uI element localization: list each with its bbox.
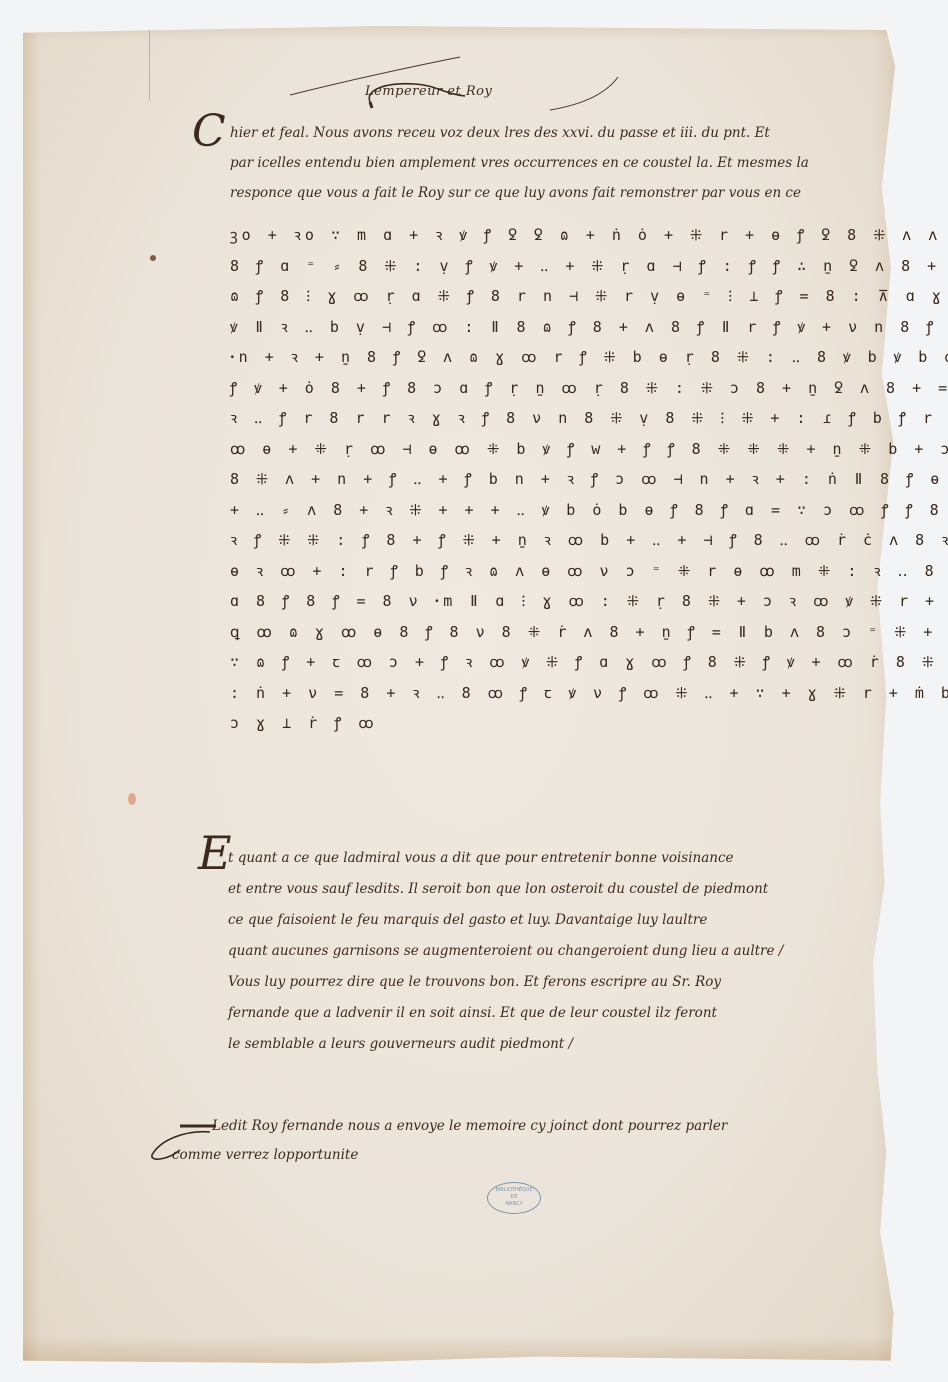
text-line: comme verrez lopportunite <box>172 1141 727 1170</box>
paragraph-2-initial: E <box>198 826 232 880</box>
cipher-line: ꝫo + ꝛo ∵ m ɑ + ꝛ ꝟ ꝭ ꝿ ꝿ ɷ + ṅ ȯ + ⁜ r … <box>230 220 948 251</box>
cipher-line: ꝛ ‥ ꝭ r 8 r r ꝛ ɣ ꝛ ꝭ 8 ν n 8 ⁜ ṿ 8 ⁜ ⁝ … <box>230 403 948 434</box>
cipher-line: ꝟ ǁ ꝛ ‥ b ṿ ⊣ ꝭ ꝏ : ǁ 8 ɷ ꝭ 8 + ʌ 8 ꝭ ǁ … <box>230 312 948 343</box>
cipher-line: ɑ 8 ꝭ 8 ꝭ = 8 ν ꞏm ǁ ɑ ⁝ ɣ ꝏ : ⁜ ṛ 8 ⁜ +… <box>230 586 948 617</box>
cipher-line: + ‥ ⸗ ʌ 8 + ꝛ ⁜ + + + ‥ ꝟ b ȯ b ɵ ꝭ 8 ꝭ … <box>230 495 948 526</box>
opening-initial: C <box>192 110 226 154</box>
text-line: quant aucunes garnisons se augmenteroien… <box>228 936 783 967</box>
cipher-block: ꝫo + ꝛo ∵ m ɑ + ꝛ ꝟ ꝭ ꝿ ꝿ ɷ + ṅ ȯ + ⁜ r … <box>230 220 948 739</box>
paper-fold-crease <box>149 26 150 101</box>
text-line: Ledit Roy fernande nous a envoye le memo… <box>212 1112 727 1141</box>
stamp-line: BIBLIOTHÈQUE <box>488 1187 540 1194</box>
text-line: ce que faisoient le feu marquis del gast… <box>228 905 783 936</box>
paragraph-3-flourish <box>150 1110 230 1170</box>
text-line: responce que vous a fait le Roy sur ce q… <box>230 178 809 208</box>
cipher-line: ɵ ꝛ ꝏ + : r ꝭ b ꝭ ꝛ ɷ ʌ ɵ ꝏ ν ɔ ⁼ ⁜ r ɵ … <box>230 556 948 587</box>
text-line: et entre vous sauf lesdits. Il seroit bo… <box>228 874 783 905</box>
stamp-line: DE <box>488 1194 540 1201</box>
text-line: t quant a ce que ladmiral vous a dit que… <box>228 843 783 874</box>
cipher-line: ∵ ɷ ꝭ + ꞇ ꝏ ɔ + ꝭ ꝛ ꝏ ꝟ ⁜ ꝭ ɑ ɣ ꝏ ꝭ 8 ⁜ … <box>230 647 948 678</box>
cipher-line: ꝗ ꝏ ɷ ɣ ꝏ ɵ 8 ꝭ 8 ν 8 ⁜ ṙ ʌ 8 + ṉ ꝭ = ǁ … <box>230 617 948 648</box>
cipher-line: 8 ꝭ ɑ ⁼ ⸗ 8 ⁜ : ṿ ꝭ ꝟ + ‥ + ⁜ ṛ ɑ ⊣ ꝭ : … <box>230 251 948 282</box>
library-stamp: BIBLIOTHÈQUE DE NANCY <box>487 1182 541 1214</box>
cipher-line: ꝭ ꝟ + ȯ 8 + ꝭ 8 ɔ ɑ ꝭ ṛ ṉ ꝏ ṛ 8 ⁜ : ⁜ ɔ … <box>230 373 948 404</box>
text-line: Vous luy pourrez dire que le trouvons bo… <box>228 967 783 998</box>
paragraph-3: Ledit Roy fernande nous a envoye le memo… <box>212 1112 727 1170</box>
text-line: par icelles entendu bien amplement vres … <box>230 148 809 178</box>
cipher-line: 8 ⁜ ʌ + n + ꝭ ‥ + ꝭ b n + ꝛ ꝭ ɔ ꝏ ⊣ n + … <box>230 464 948 495</box>
letter-heading: Lempereur et Roy <box>365 84 492 99</box>
stamp-line: NANCY <box>488 1201 540 1208</box>
cipher-line: : ṅ + ν = 8 + ꝛ ‥ 8 ꝏ ꝭ ꞇ ꝟ ν ꝭ ꝏ ⁜ ‥ + … <box>230 678 948 709</box>
cipher-line: ꝛ ꝭ ⁜ ⁜ : ꝭ 8 + ꝭ ⁜ + ṉ ꝛ ꝏ b + ‥ + ⊣ ꝭ … <box>230 525 948 556</box>
text-line: fernande que a ladvenir il en soit ainsi… <box>228 998 783 1029</box>
cipher-line: ɷ ꝭ 8 ⁝ ɣ ꝏ ṛ ɑ ⁜ ꝭ 8 r n ⊣ ⁜ r ṿ ɵ ⁼ ⁝ … <box>230 281 948 312</box>
text-line: le semblable a leurs gouverneurs audit p… <box>228 1029 783 1060</box>
cipher-line: ꞏn + ꝛ + ṉ 8 ꝭ ꝿ ʌ ɷ ɣ ꝏ r ꝭ ⁜ b ɵ ṛ 8 ⁜… <box>230 342 948 373</box>
cipher-line: ꝏ ɵ + ⁜ ṛ ꝏ ⊣ ɵ ꝏ ⁜ b ꝟ ꝭ w + ꝭ ꝭ 8 ⁜ ⁜ … <box>230 434 948 465</box>
rust-stain <box>128 793 136 805</box>
ink-spot <box>150 255 156 261</box>
text-line: hier et feal. Nous avons receu voz deux … <box>230 118 809 148</box>
cipher-line: ɔ ɣ ⊥ ṙ ꝭ ꝏ <box>230 708 948 739</box>
paragraph-2: t quant a ce que ladmiral vous a dit que… <box>228 843 783 1060</box>
paragraph-1: hier et feal. Nous avons receu voz deux … <box>230 118 809 208</box>
